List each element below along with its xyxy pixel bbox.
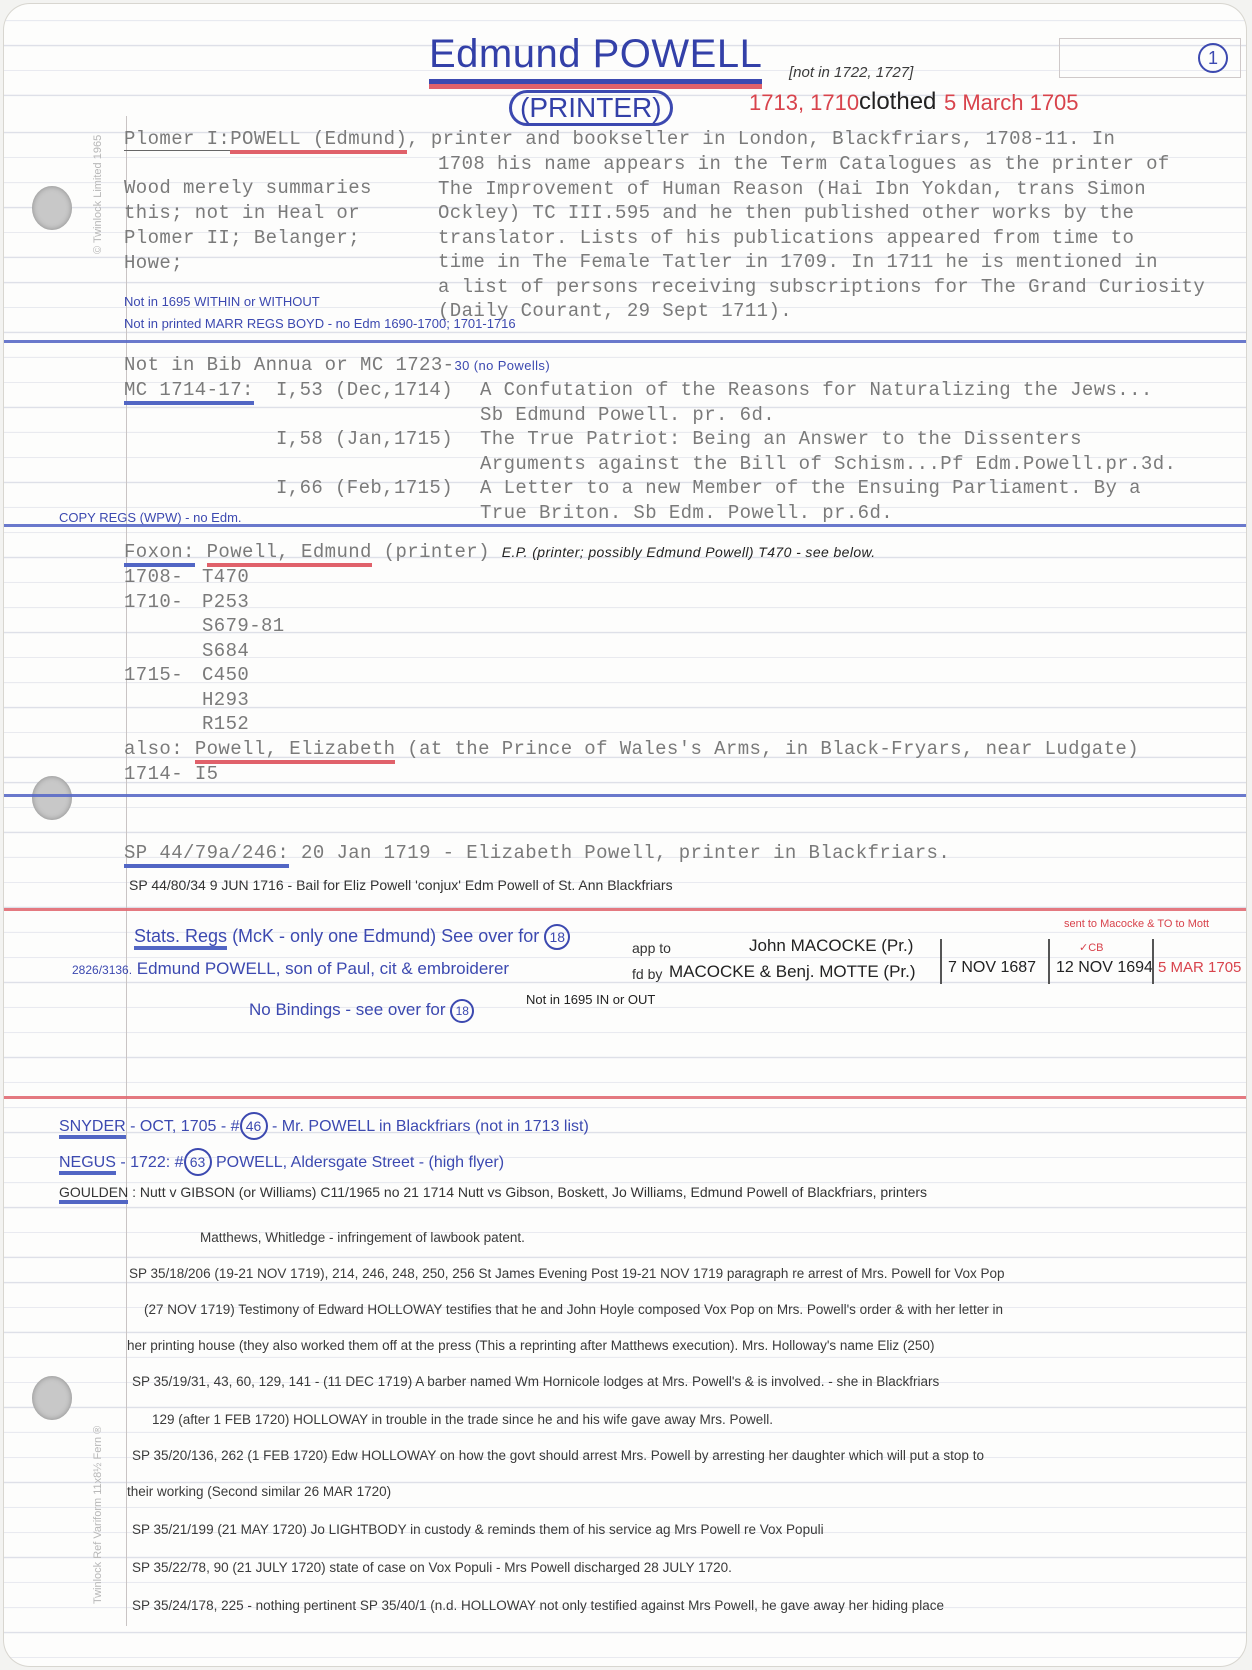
note-text: - 1722: # [116,1154,184,1171]
no-bindings: No Bindings - see over for 18 [249,999,474,1023]
clothed-label: clothed [859,88,936,116]
red-note: sent to Macocke & TO to Mott [1064,918,1209,930]
role-label: (PRINTER) [509,90,673,126]
bar-1 [940,939,942,984]
stats-not-in: Not in 1695 IN or OUT [526,992,655,1007]
note-label: GOULDEN [59,1184,128,1204]
foxon-ref: S679-81 [202,615,285,637]
copy-regs-note: COPY REGS (WPW) - no Edm. [59,510,242,525]
hand-line: SP 35/24/178, 225 - nothing pertinent SP… [132,1598,944,1613]
plomer-line-1: Plomer I:POWELL (Edmund), printer and bo… [124,128,1115,150]
foxon-also-row: 1714- I5 [124,763,218,785]
foxon-ref: P253 [202,591,249,613]
master-2: MACOCKE & Benj. MOTTE (Pr.) [669,962,916,982]
note-label: SNYDER [59,1118,126,1139]
index-card: © Twinlock Limited 1965 Twinlock Ref Var… [4,4,1246,1666]
foxon-year: 1715- [124,664,183,686]
sp-hand-note: SP 44/80/34 9 JUN 1716 - Bail for Eliz P… [129,877,673,893]
hand-line: SP 35/19/31, 43, 60, 129, 141 - (11 DEC … [132,1374,939,1389]
card-title: Edmund POWELL [429,32,762,84]
plomer-hand-note-2: Not in printed MARR REGS BOYD - no Edm 1… [124,316,516,331]
app-to-label: app to [632,940,671,956]
note-rest: - Mr. POWELL in Blackfriars (not in 1713… [268,1118,589,1135]
plomer-ref: Plomer I: [124,128,230,151]
hand-line: 129 (after 1 FEB 1720) HOLLOWAY in troub… [152,1412,773,1427]
plomer-hand-note-1: Not in 1695 WITHIN or WITHOUT [124,294,320,309]
foxon-also: also: Powell, Elizabeth (at the Prince o… [124,738,1139,760]
divider-3 [4,794,1246,797]
note-label: NEGUS [59,1154,116,1175]
note-row: SNYDER - OCT, 1705 - #46 - Mr. POWELL in… [59,1112,589,1140]
mc-entry-title: A Letter to a new Member of the Ensuing … [480,477,1141,499]
hand-line: SP 35/22/78, 90 (21 JULY 1720) state of … [132,1560,732,1575]
punch-hole-middle [32,776,72,820]
bracket-note: [not in 1722, 1727] [789,64,913,81]
foxon-year: 1710- [124,591,183,613]
stats-entry: 2826/3136. Edmund POWELL, son of Paul, c… [72,959,509,979]
note-row: GOULDEN : Nutt v GIBSON (or Williams) C1… [59,1184,927,1200]
mc-entry-title: A Confutation of the Reasons for Natural… [480,379,1153,401]
mc-entry-detail: True Briton. Sb Edm. Powell. pr.6d. [480,502,893,524]
master-1: John MACOCKE (Pr.) [749,936,913,956]
mc-entry-ref: I,66 (Feb,1715) [276,477,453,499]
clothed-date: 5 March 1705 [944,90,1079,116]
mc-entry-title: The True Patriot: Being an Answer to the… [480,428,1082,450]
mc-not-in: Not in Bib Annua or MC 1723-30 (no Powel… [124,354,550,376]
date-clothed: 5 MAR 1705 [1158,959,1241,976]
foxon-heading: Foxon: Powell, Edmund (printer) E.P. (pr… [124,541,876,563]
form-mark: Twinlock Ref Variform 11x8½ Fern ® [92,1426,104,1604]
foxon-ref: C450 [202,664,249,686]
divider-2 [4,524,1246,527]
hand-line: SP 35/20/136, 262 (1 FEB 1720) Edw HOLLO… [132,1448,984,1463]
hand-line: SP 35/21/199 (21 MAY 1720) Jo LIGHTBODY … [132,1522,824,1537]
plomer-side-notes: Wood merely summaries this; not in Heal … [124,176,372,276]
divider-5 [4,1096,1246,1099]
mc-entry-detail: Arguments against the Bill of Schism...P… [480,453,1176,475]
date-check: ✓CB [1079,941,1104,954]
note-text: : Nutt v GIBSON (or Williams) C11/1965 n… [128,1184,876,1200]
publisher-mark: © Twinlock Limited 1965 [92,135,104,254]
hand-line: SP 35/18/206 (19-21 NOV 1719), 214, 246,… [129,1266,1005,1281]
bar-2 [1048,939,1050,984]
hand-line: their working (Second similar 26 MAR 172… [127,1484,391,1499]
date-app: 7 NOV 1687 [948,959,1036,977]
mc-label: MC 1714-17: [124,379,254,405]
stats-heading: Stats. Regs (McK - only one Edmund) See … [134,924,570,950]
mc-entry-ref: I,58 (Jan,1715) [276,428,453,450]
note-rest: printers [876,1184,927,1200]
hand-line: Matthews, Whitledge - infringement of la… [200,1230,525,1245]
foxon-ref: T470 [202,566,249,588]
note-text: - OCT, 1705 - # [126,1118,240,1135]
fd-by-label: fd by [632,966,662,982]
note-row: NEGUS - 1722: #63 POWELL, Aldersgate Str… [59,1148,504,1176]
mc-entry-detail: Sb Edmund Powell. pr. 6d. [480,404,775,426]
page-number: 1 [1198,43,1228,73]
note-number: 63 [184,1148,212,1176]
foxon-year: 1708- [124,566,183,588]
hand-line: her printing house (they also worked the… [127,1338,934,1353]
years-note: 1713, 1710 [749,90,859,116]
mc-entry-ref: I,53 (Dec,1714) [276,379,453,401]
hand-line: (27 NOV 1719) Testimony of Edward HOLLOW… [144,1302,1003,1317]
sp-entry: SP 44/79a/246: 20 Jan 1719 - Elizabeth P… [124,842,950,864]
foxon-ref: H293 [202,689,249,711]
divider-4 [4,908,1246,911]
divider-1 [4,340,1246,343]
plomer-body: 1708 his name appears in the Term Catalo… [438,152,1205,324]
punch-hole-bottom [32,1376,72,1420]
bar-3 [1152,939,1154,984]
foxon-ref: R152 [202,713,249,735]
punch-hole-top [32,186,72,230]
note-rest: POWELL, Aldersgate Street - (high flyer) [212,1154,505,1171]
foxon-ref: S684 [202,640,249,662]
page-number-box: 1 [1059,38,1241,78]
date-free: 12 NOV 1694 [1056,959,1153,977]
plomer-ref-name: POWELL (Edmund) [230,128,407,154]
note-number: 46 [240,1112,268,1140]
